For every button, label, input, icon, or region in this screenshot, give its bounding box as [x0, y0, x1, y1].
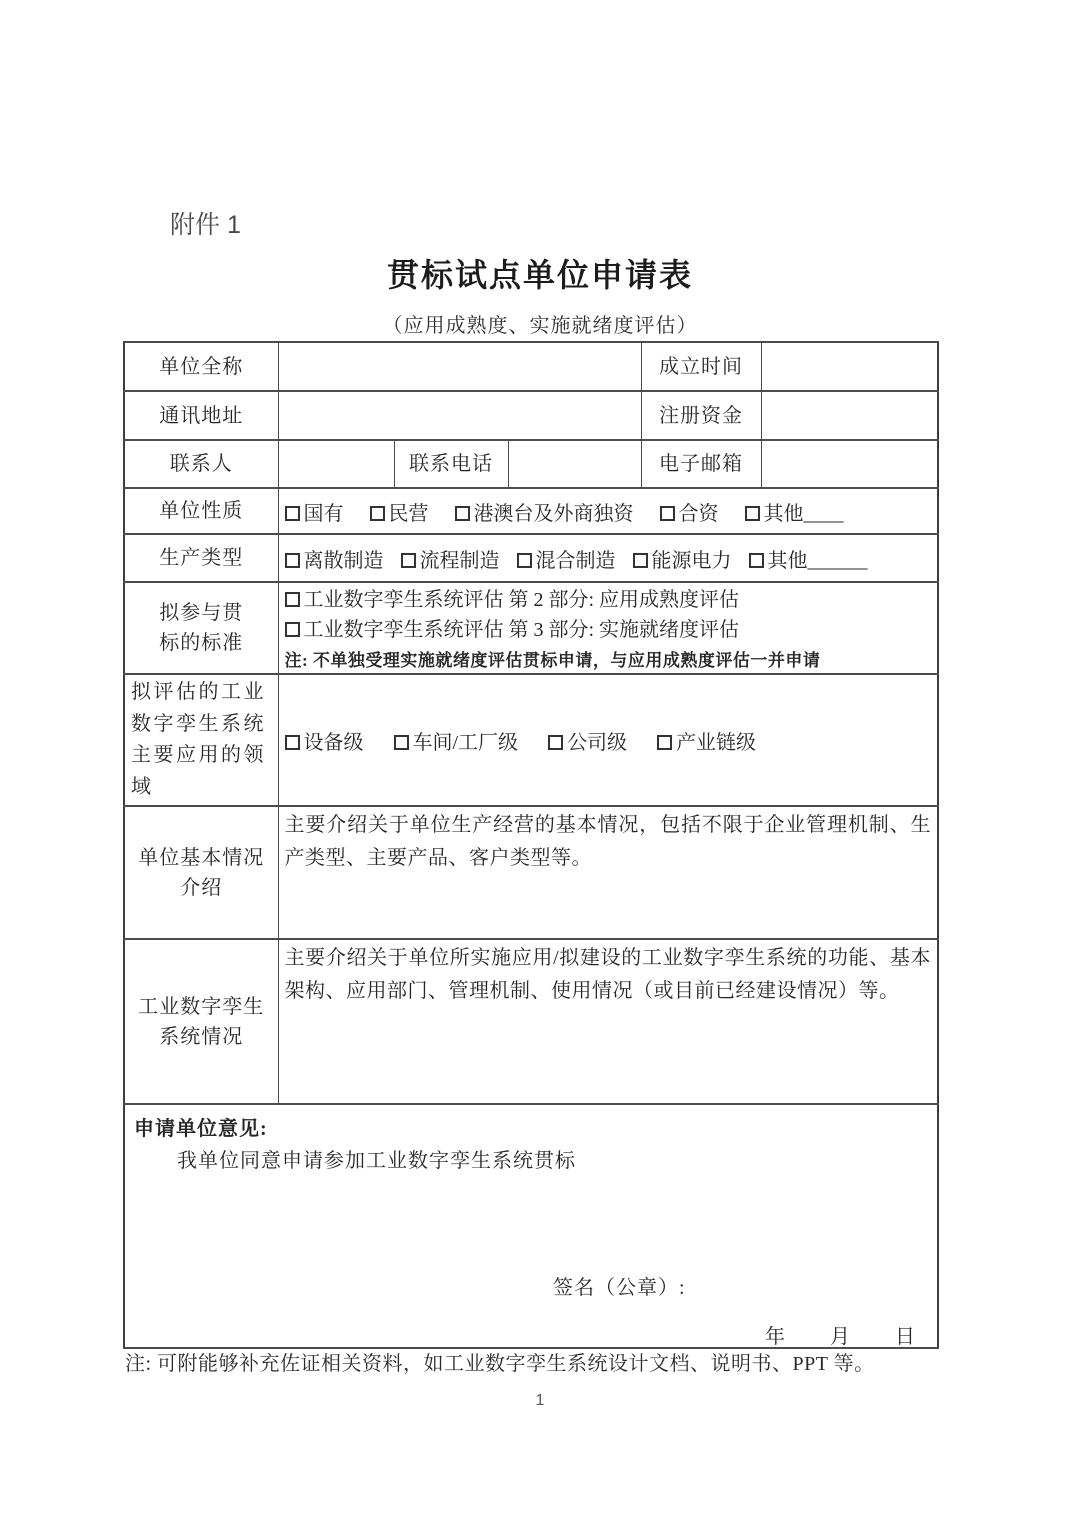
option-label: 设备级: [304, 732, 364, 754]
date-line: 年 月 日: [725, 1320, 915, 1348]
checkbox-icon: [285, 506, 300, 521]
signature-label: 签名（公章）:: [553, 1271, 686, 1300]
checkbox-icon: [370, 506, 385, 521]
option-company-level: 公司级: [548, 726, 627, 755]
row-standards: 拟参与贯 标的标准 工业数字孪生系统评估 第 2 部分: 应用成熟度评估 工业数…: [124, 582, 938, 674]
standards-options: 工业数字孪生系统评估 第 2 部分: 应用成熟度评估 工业数字孪生系统评估 第 …: [278, 582, 938, 674]
option-label: 其他______: [768, 550, 868, 572]
option-label: 车间/工厂级: [413, 732, 519, 754]
attachment-label: 附件 1: [170, 205, 241, 241]
option-joint-venture: 合资: [660, 497, 719, 526]
checkbox-icon: [394, 735, 409, 750]
row-address: 通讯地址 注册资金: [124, 391, 938, 440]
email-field: [761, 440, 938, 488]
contact-person-field: [278, 440, 394, 488]
date-month-label: 月: [830, 1326, 850, 1348]
standards-label: 拟参与贯 标的标准: [124, 582, 278, 674]
checkbox-icon: [548, 735, 563, 750]
date-day-label: 日: [895, 1326, 915, 1348]
checkbox-icon: [657, 735, 672, 750]
registered-capital-field: [761, 391, 938, 440]
unit-name-label: 单位全称: [124, 342, 278, 391]
row-unit-nature: 单位性质 国有民营港澳台及外商独资合资其他____: [124, 488, 938, 534]
row-application-level: 拟评估的工业 数字孪生系统 主要应用的领 域 设备级车间/工厂级公司级产业链级: [124, 674, 938, 806]
option-workshop-factory-level: 车间/工厂级: [394, 726, 519, 755]
system-intro-hint: 主要介绍关于单位所实施应用/拟建设的工业数字孪生系统的功能、基本架构、应用部门、…: [278, 939, 938, 1104]
option-process-mfg: 流程制造: [401, 544, 500, 573]
production-type-options: 离散制造流程制造混合制造能源电力其他______: [278, 534, 938, 582]
page-number: 1: [0, 1392, 1080, 1410]
application-form-table: 单位全称 成立时间 通讯地址 注册资金 联系人 联系电话 电子邮箱 单位性质 国…: [123, 341, 939, 1349]
date-year-label: 年: [765, 1326, 785, 1348]
unit-nature-label: 单位性质: [124, 488, 278, 534]
row-production-type: 生产类型 离散制造流程制造混合制造能源电力其他______: [124, 534, 938, 582]
founded-date-label: 成立时间: [641, 342, 761, 391]
option-label: 其他____: [764, 503, 844, 525]
option-private: 民营: [370, 497, 429, 526]
phone-label: 联系电话: [394, 440, 508, 488]
email-label: 电子邮箱: [641, 440, 761, 488]
contact-person-label: 联系人: [124, 440, 278, 488]
checkbox-icon: [285, 553, 300, 568]
footnote: 注: 可附能够补充佐证相关资料，如工业数字孪生系统设计文档、说明书、PPT 等。: [125, 1347, 875, 1376]
option-device-level: 设备级: [285, 726, 364, 755]
unit-name-field: [278, 342, 641, 391]
checkbox-icon: [455, 506, 470, 521]
unit-intro-label: 单位基本情况 介绍: [124, 806, 278, 939]
option-label: 工业数字孪生系统评估 第 3 部分: 实施就绪度评估: [304, 619, 740, 641]
unit-nature-options: 国有民营港澳台及外商独资合资其他____: [278, 488, 938, 534]
checkbox-icon: [660, 506, 675, 521]
checkbox-icon: [285, 592, 300, 607]
unit-intro-hint: 主要介绍关于单位生产经营的基本情况，包括不限于企业管理机制、生产类型、主要产品、…: [278, 806, 938, 939]
checkbox-icon: [517, 553, 532, 568]
standards-note: 注: 不单独受理实施就绪度评估贯标申请，与应用成熟度评估一并申请: [285, 646, 932, 671]
checkbox-icon: [633, 553, 648, 568]
option-label: 公司级: [567, 732, 627, 754]
option-discrete-mfg: 离散制造: [285, 544, 384, 573]
option-other: 其他______: [749, 544, 868, 573]
production-type-label: 生产类型: [124, 534, 278, 582]
option-label: 能源电力: [652, 550, 732, 572]
system-intro-label: 工业数字孪生 系统情况: [124, 939, 278, 1104]
checkbox-icon: [401, 553, 416, 568]
checkbox-icon: [285, 735, 300, 750]
option-label: 民营: [389, 503, 429, 525]
phone-field: [508, 440, 641, 488]
checkbox-icon: [285, 622, 300, 637]
option-label: 离散制造: [304, 550, 384, 572]
standard-option-part2: 工业数字孪生系统评估 第 2 部分: 应用成熟度评估: [285, 585, 932, 615]
page-title: 贯标试点单位申请表: [0, 250, 1080, 296]
option-label: 合资: [679, 503, 719, 525]
row-unit-name: 单位全称 成立时间: [124, 342, 938, 391]
option-label: 国有: [304, 503, 344, 525]
opinion-heading: 申请单位意见:: [134, 1112, 268, 1141]
page-subtitle: （应用成熟度、实施就绪度评估）: [0, 309, 1080, 338]
row-system-intro: 工业数字孪生 系统情况 主要介绍关于单位所实施应用/拟建设的工业数字孪生系统的功…: [124, 939, 938, 1104]
option-label: 工业数字孪生系统评估 第 2 部分: 应用成熟度评估: [304, 589, 740, 611]
address-label: 通讯地址: [124, 391, 278, 440]
address-field: [278, 391, 641, 440]
option-industry-chain-level: 产业链级: [657, 726, 756, 755]
option-energy-power: 能源电力: [633, 544, 732, 573]
standard-option-part3: 工业数字孪生系统评估 第 3 部分: 实施就绪度评估: [285, 615, 932, 645]
option-other: 其他____: [745, 497, 844, 526]
option-label: 混合制造: [536, 550, 616, 572]
opinion-statement: 我单位同意申请参加工业数字孪生系统贯标: [177, 1144, 576, 1173]
option-state-owned: 国有: [285, 497, 344, 526]
option-label: 流程制造: [420, 550, 500, 572]
option-label: 产业链级: [676, 732, 756, 754]
application-level-options: 设备级车间/工厂级公司级产业链级: [278, 674, 938, 806]
row-opinion: 申请单位意见: 我单位同意申请参加工业数字孪生系统贯标 签名（公章）: 年 月 …: [124, 1104, 938, 1348]
row-contact: 联系人 联系电话 电子邮箱: [124, 440, 938, 488]
row-unit-intro: 单位基本情况 介绍 主要介绍关于单位生产经营的基本情况，包括不限于企业管理机制、…: [124, 806, 938, 939]
registered-capital-label: 注册资金: [641, 391, 761, 440]
document-page: 附件 1 贯标试点单位申请表 （应用成熟度、实施就绪度评估） 单位全称 成立时间…: [0, 0, 1080, 1527]
option-hybrid-mfg: 混合制造: [517, 544, 616, 573]
founded-date-field: [761, 342, 938, 391]
option-label: 港澳台及外商独资: [474, 503, 634, 525]
checkbox-icon: [749, 553, 764, 568]
option-hk-macao-foreign: 港澳台及外商独资: [455, 497, 634, 526]
application-level-label: 拟评估的工业 数字孪生系统 主要应用的领 域: [124, 674, 278, 806]
opinion-cell: 申请单位意见: 我单位同意申请参加工业数字孪生系统贯标 签名（公章）: 年 月 …: [124, 1104, 938, 1348]
checkbox-icon: [745, 506, 760, 521]
